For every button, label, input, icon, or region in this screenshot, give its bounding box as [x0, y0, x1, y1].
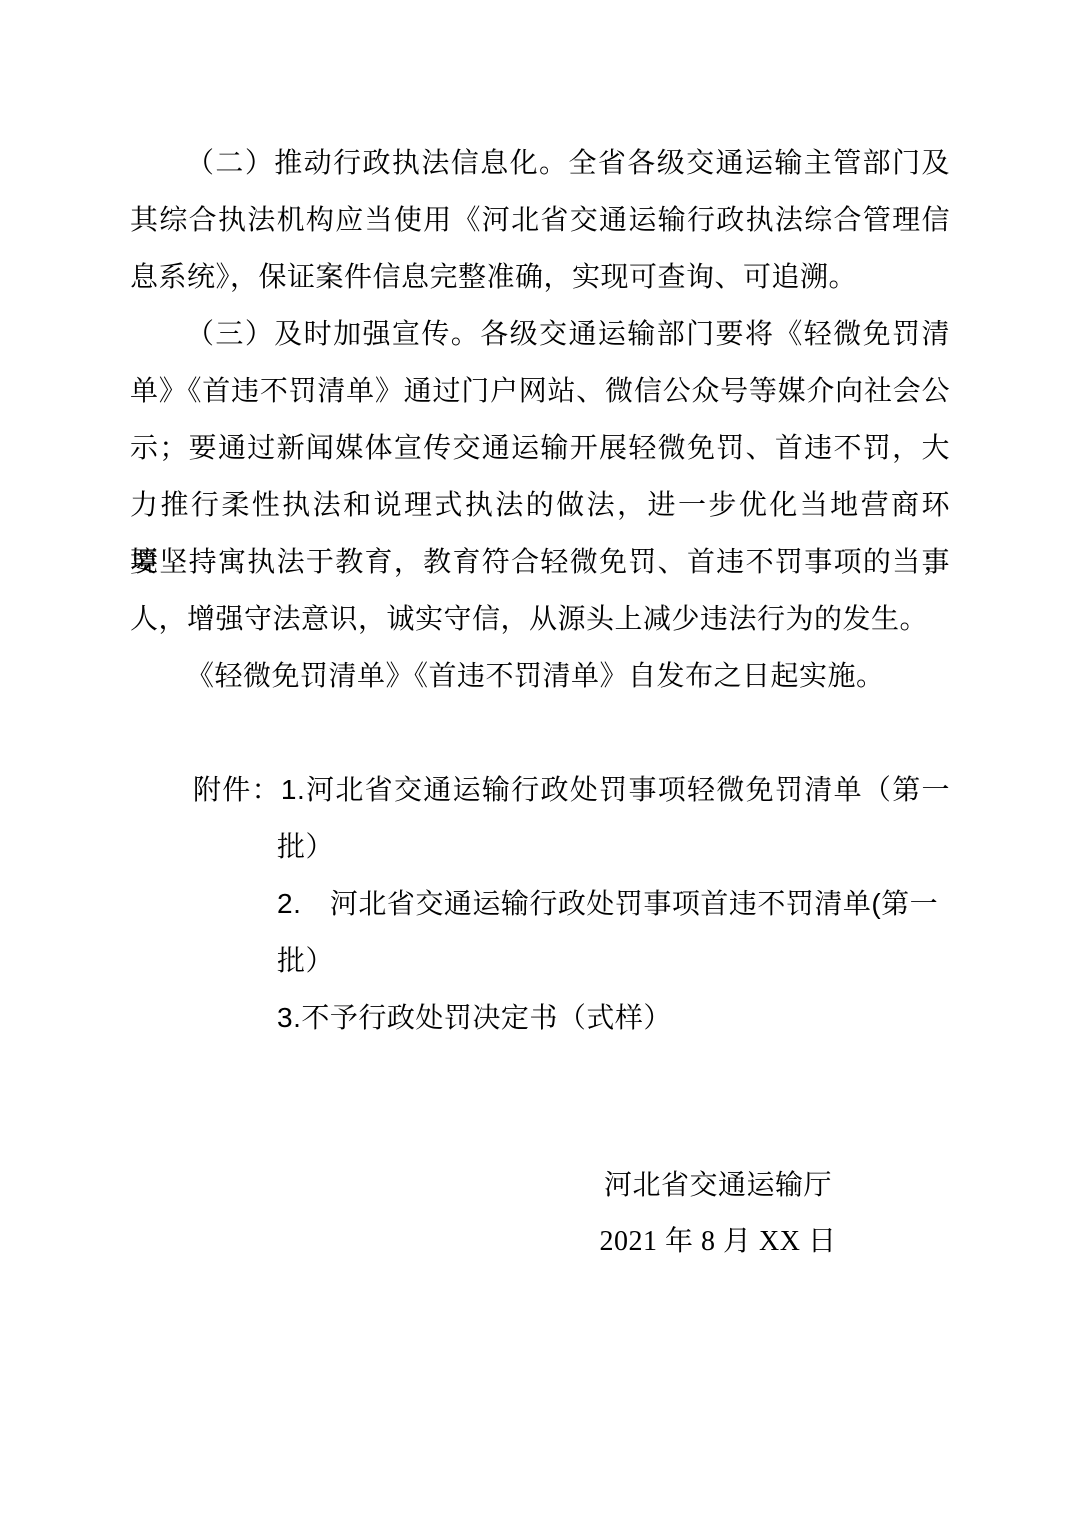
text-line: 示；要通过新闻媒体宣传交通运输开展轻微免罚、首违不罚，大	[130, 419, 950, 476]
text-line: 其综合执法机构应当使用《河北省交通运输行政执法综合管理信	[130, 191, 950, 248]
text-line: 3.不予行政处罚决定书（式样）	[277, 989, 950, 1046]
signature-block: 河北省交通运输厅 2021 年 8 月 XX 日	[585, 1156, 851, 1270]
attachment-item: 2. 河北省交通运输行政处罚事项首违不罚清单(第一 批）	[277, 875, 950, 989]
text-line: 单》《首违不罚清单》通过门户网站、微信公众号等媒介向社会公	[130, 362, 950, 419]
text-line: 批）	[277, 818, 950, 875]
attachment-item: 3.不予行政处罚决定书（式样）	[277, 989, 950, 1046]
text-line: 《轻微免罚清单》《首违不罚清单》自发布之日起实施。	[130, 647, 950, 704]
attachment-item: 附件：1.河北省交通运输行政处罚事项轻微免罚清单（第一 批）	[277, 761, 950, 875]
text-line: （二）推动行政执法信息化。全省各级交通运输主管部门及	[130, 134, 950, 191]
text-line: 人，增强守法意识，诚实守信，从源头上减少违法行为的发生。	[130, 590, 950, 647]
paragraph: 《轻微免罚清单》《首违不罚清单》自发布之日起实施。	[130, 647, 950, 704]
body-text: （二）推动行政执法信息化。全省各级交通运输主管部门及 其综合执法机构应当使用《河…	[0, 0, 1080, 1270]
text-line: 要坚持寓执法于教育，教育符合轻微免罚、首违不罚事项的当事	[130, 533, 950, 590]
paragraph: （二）推动行政执法信息化。全省各级交通运输主管部门及 其综合执法机构应当使用《河…	[130, 134, 950, 305]
paragraph: （三）及时加强宣传。各级交通运输部门要将《轻微免罚清 单》《首违不罚清单》通过门…	[130, 305, 950, 647]
text-line: 批）	[277, 932, 950, 989]
text-line: 2. 河北省交通运输行政处罚事项首违不罚清单(第一	[277, 875, 950, 932]
document-page: （二）推动行政执法信息化。全省各级交通运输主管部门及 其综合执法机构应当使用《河…	[0, 0, 1080, 1528]
signature-org: 河北省交通运输厅	[585, 1156, 851, 1213]
signature-date: 2021 年 8 月 XX 日	[585, 1213, 851, 1270]
text-line: （三）及时加强宣传。各级交通运输部门要将《轻微免罚清	[130, 305, 950, 362]
attachments-section: 附件：1.河北省交通运输行政处罚事项轻微免罚清单（第一 批） 2. 河北省交通运…	[277, 761, 950, 1046]
text-line: 力推行柔性执法和说理式执法的做法，进一步优化当地营商环境；	[130, 476, 950, 533]
text-line: 附件：1.河北省交通运输行政处罚事项轻微免罚清单（第一	[277, 761, 950, 818]
text-line: 息系统》，保证案件信息完整准确，实现可查询、可追溯。	[130, 248, 950, 305]
